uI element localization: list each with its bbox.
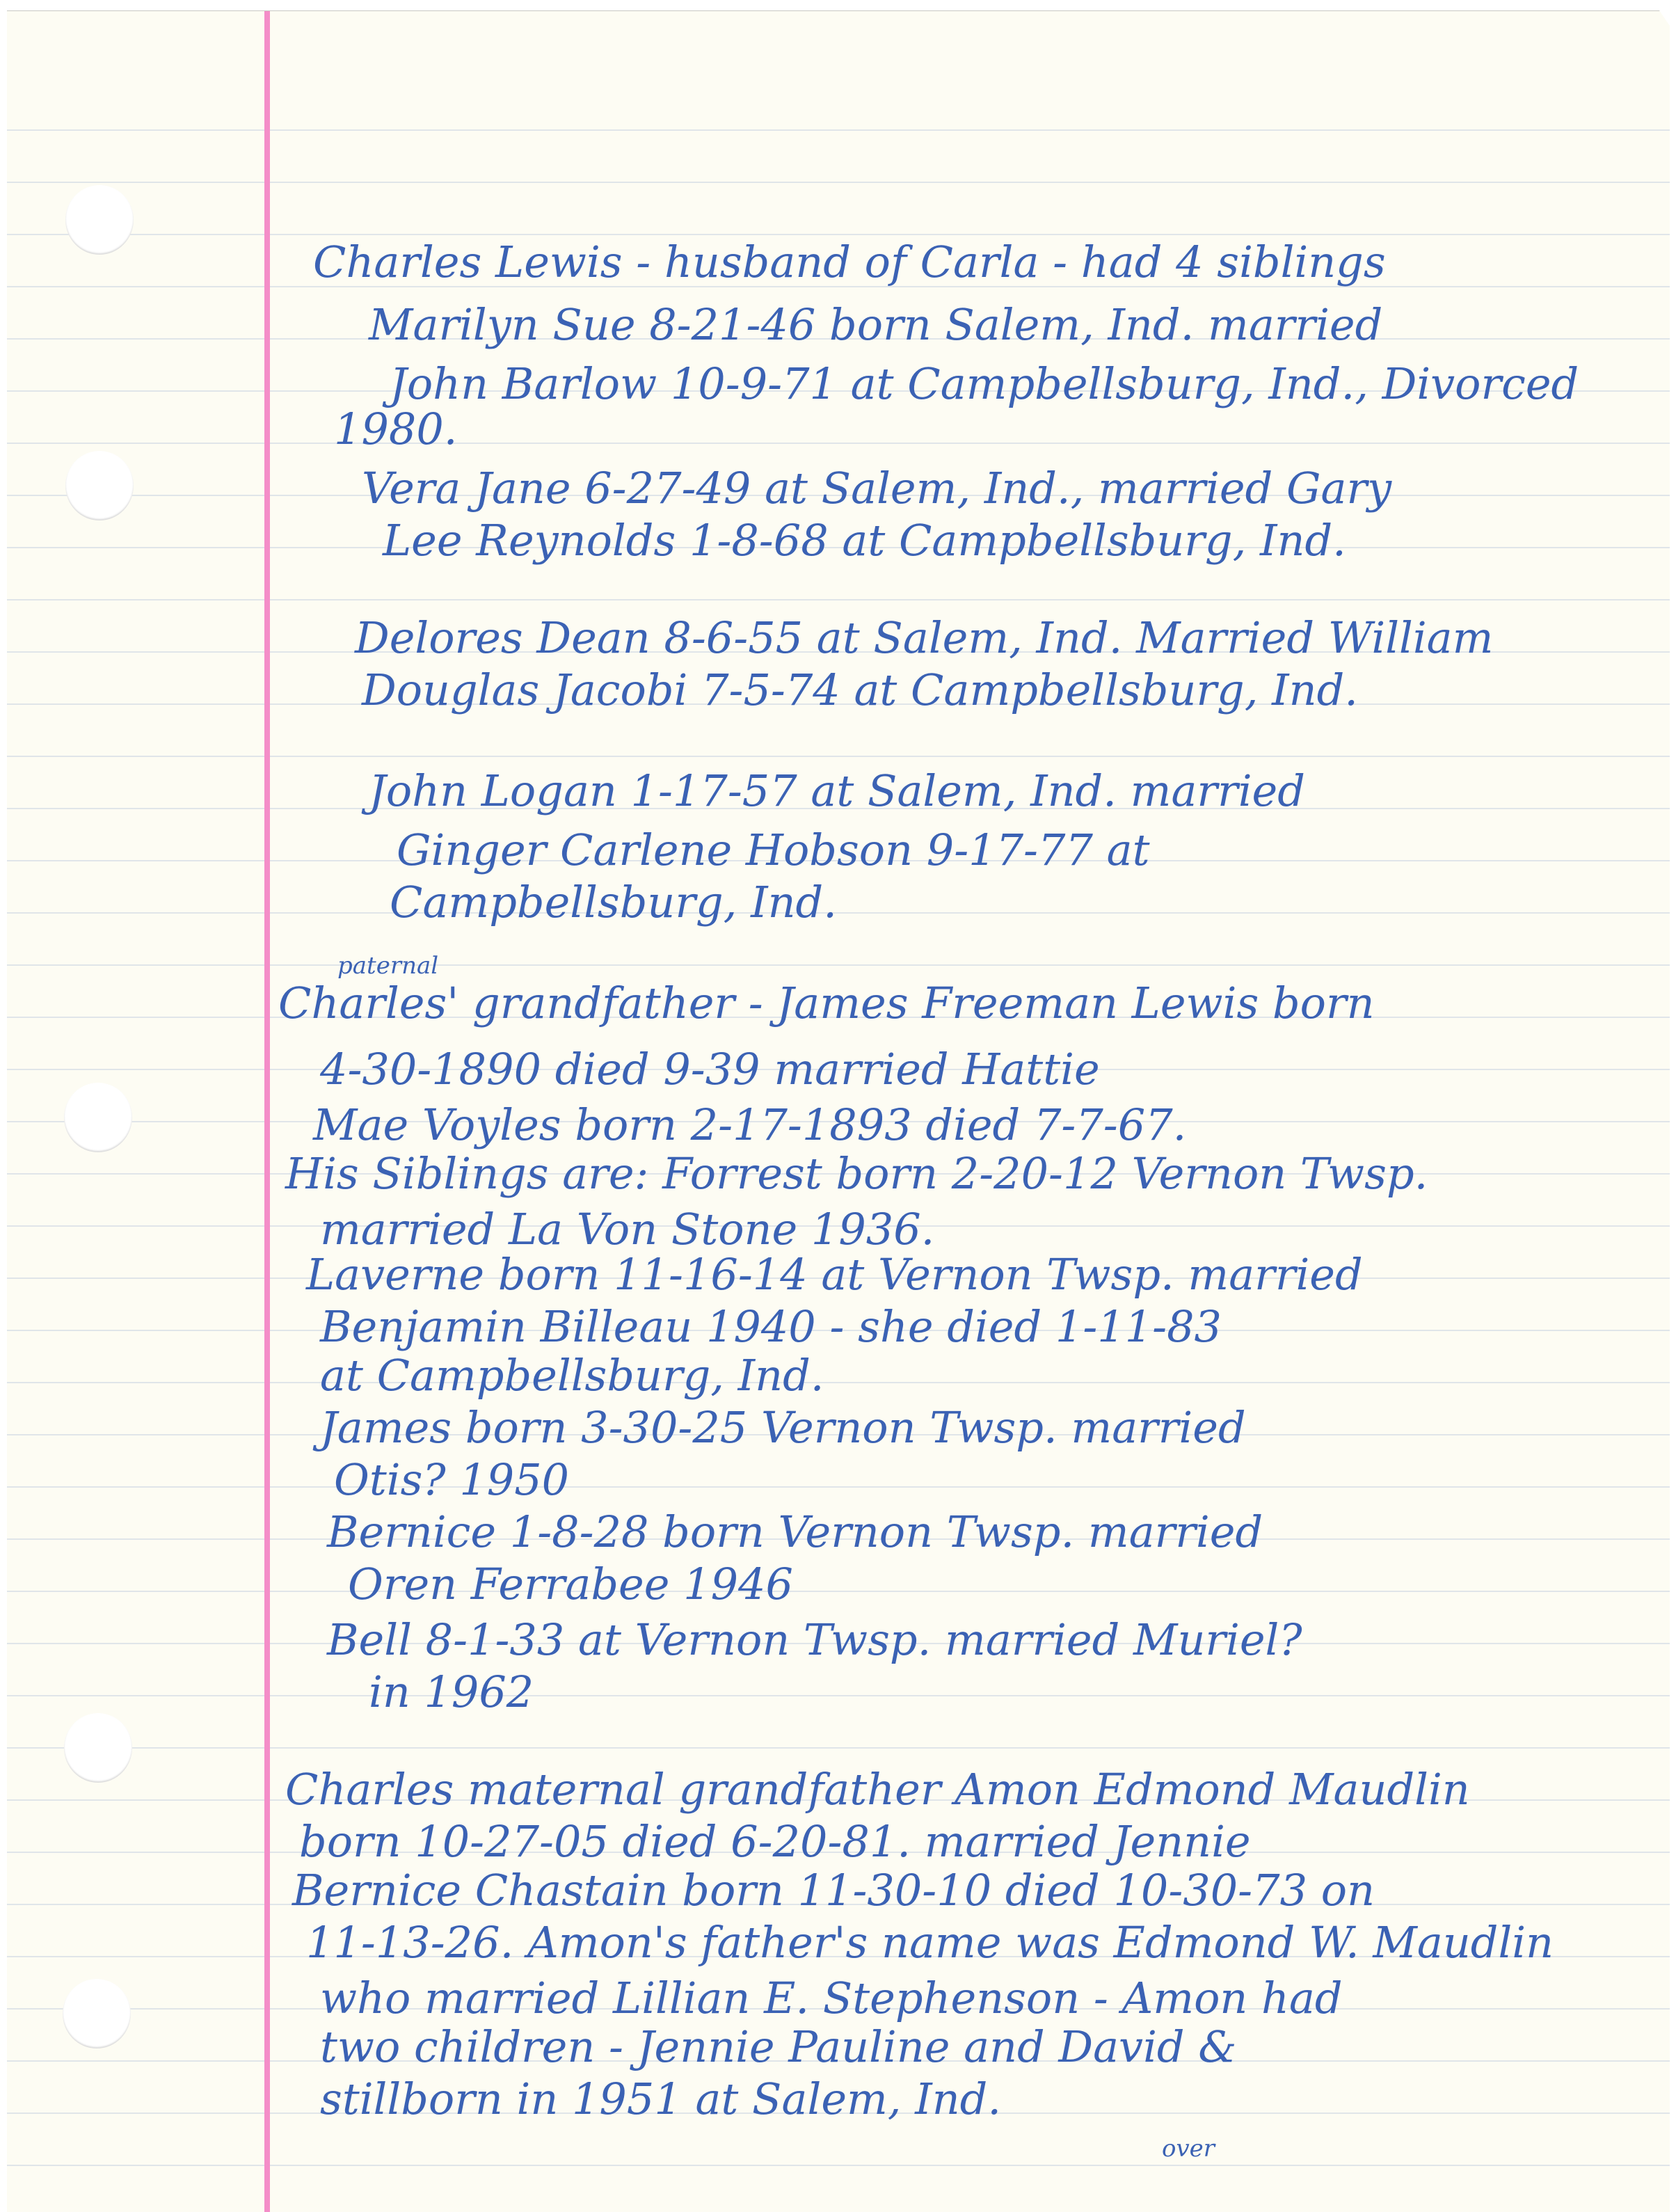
punch-hole xyxy=(64,1083,132,1152)
handwritten-line: stillborn in 1951 at Salem, Ind. xyxy=(320,2078,1001,2121)
ruled-line xyxy=(7,443,1670,444)
handwritten-line: 1980. xyxy=(334,408,458,451)
ruled-line xyxy=(7,1591,1670,1592)
ruled-line xyxy=(7,912,1670,914)
ruled-line xyxy=(7,129,1670,131)
ruled-line xyxy=(7,1486,1670,1488)
ruled-line xyxy=(7,1695,1670,1696)
handwritten-line: John Logan 1-17-57 at Salem, Ind. marrie… xyxy=(369,770,1305,813)
handwritten-line: Charles Lewis - husband of Carla - had 4… xyxy=(313,241,1386,284)
handwritten-line: 11-13-26. Amon's father's name was Edmon… xyxy=(306,1921,1554,1964)
punch-hole xyxy=(65,185,134,255)
handwritten-line: in 1962 xyxy=(369,1671,534,1714)
handwritten-line: Ginger Carlene Hobson 9-17-77 at xyxy=(397,829,1150,872)
handwritten-line: James born 3-30-25 Vernon Twsp. married xyxy=(320,1406,1246,1449)
handwritten-line: Douglas Jacobi 7-5-74 at Campbellsburg, … xyxy=(362,669,1358,712)
notebook-page: Charles Lewis - husband of Carla - had 4… xyxy=(7,10,1670,2212)
ruled-line xyxy=(7,964,1670,966)
ruled-line xyxy=(7,1382,1670,1383)
punch-hole xyxy=(64,1713,132,1783)
handwritten-line: Charles maternal grandfather Amon Edmond… xyxy=(285,1768,1470,1811)
ruled-line xyxy=(7,182,1670,183)
handwritten-line: Vera Jane 6-27-49 at Salem, Ind., marrie… xyxy=(362,467,1391,510)
handwritten-line: Campbellsburg, Ind. xyxy=(390,881,837,924)
handwritten-line: two children - Jennie Pauline and David … xyxy=(320,2026,1237,2069)
ruled-line xyxy=(7,756,1670,757)
handwritten-line: Oren Ferrabee 1946 xyxy=(348,1563,793,1606)
handwritten-line: 4-30-1890 died 9-39 married Hattie xyxy=(320,1048,1100,1091)
ruled-line xyxy=(7,1747,1670,1749)
handwritten-insertion: paternal xyxy=(337,954,438,978)
handwritten-line: Bell 8-1-33 at Vernon Twsp. married Muri… xyxy=(327,1618,1302,1662)
handwritten-line: His Siblings are: Forrest born 2-20-12 V… xyxy=(285,1152,1428,1195)
handwritten-line: Charles' grandfather - James Freeman Lew… xyxy=(278,982,1375,1025)
handwritten-line: married La Von Stone 1936. xyxy=(320,1208,934,1251)
handwritten-line: Marilyn Sue 8-21-46 born Salem, Ind. mar… xyxy=(369,303,1382,347)
page-turn-note: over xyxy=(1162,2137,1215,2161)
ruled-line xyxy=(7,599,1670,600)
ruled-line xyxy=(7,234,1670,235)
handwritten-line: John Barlow 10-9-71 at Campbellsburg, In… xyxy=(390,363,1579,406)
margin-line xyxy=(264,11,270,2212)
punch-hole xyxy=(65,451,134,520)
handwritten-line: Benjamin Billeau 1940 - she died 1-11-83 xyxy=(320,1305,1222,1348)
handwritten-line: Bernice 1-8-28 born Vernon Twsp. married xyxy=(327,1511,1263,1554)
handwritten-line: Mae Voyles born 2-17-1893 died 7-7-67. xyxy=(313,1104,1186,1147)
punch-hole xyxy=(63,1979,131,2048)
handwritten-line: born 10-27-05 died 6-20-81. married Jenn… xyxy=(299,1820,1251,1863)
handwritten-line: at Campbellsburg, Ind. xyxy=(320,1354,824,1397)
handwritten-line: Laverne born 11-16-14 at Vernon Twsp. ma… xyxy=(306,1253,1363,1296)
handwritten-line: Lee Reynolds 1-8-68 at Campbellsburg, In… xyxy=(383,519,1346,562)
handwritten-line: Delores Dean 8-6-55 at Salem, Ind. Marri… xyxy=(355,616,1493,660)
handwritten-line: Otis? 1950 xyxy=(334,1458,569,1502)
handwritten-line: Bernice Chastain born 11-30-10 died 10-3… xyxy=(292,1869,1375,1912)
handwritten-line: who married Lillian E. Stephenson - Amon… xyxy=(320,1977,1343,2020)
ruled-line xyxy=(7,2165,1670,2166)
